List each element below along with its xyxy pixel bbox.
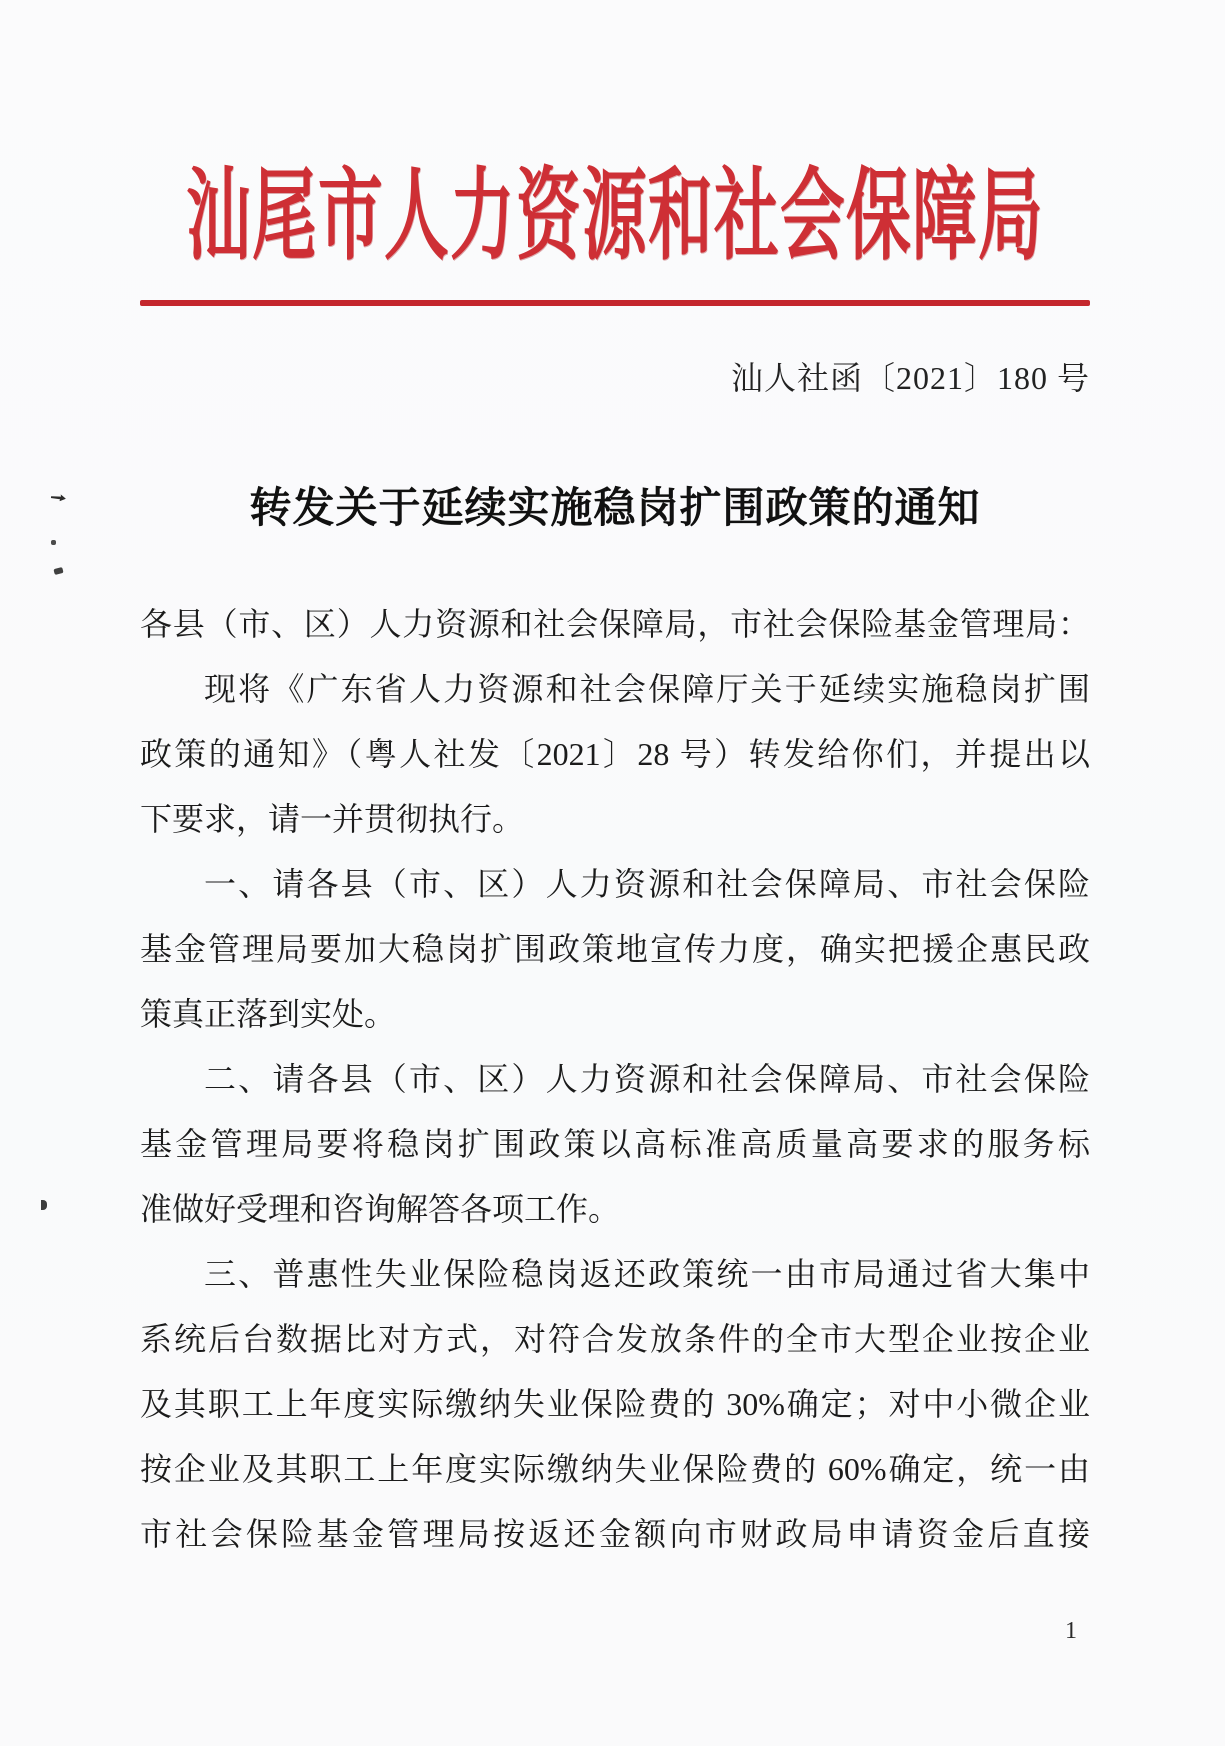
document-title: 转发关于延续实施稳岗扩围政策的通知: [140, 484, 1090, 534]
body-line-salutation: 各县（市、区）人力资源和社会保障局，市社会保险基金管理局：: [140, 592, 1090, 657]
letterhead: 汕尾市人力资源和社会保障局: [140, 150, 1090, 265]
body-line: 市社会保险基金管理局按返还金额向市财政局申请资金后直接: [140, 1502, 1090, 1567]
body-line: 一、请各县（市、区）人力资源和社会保障局、市社会保险: [140, 852, 1090, 917]
body-line: 三、普惠性失业保险稳岗返还政策统一由市局通过省大集中: [140, 1242, 1090, 1307]
body-line: 及其职工上年度实际缴纳失业保险费的 30%确定；对中小微企业: [140, 1372, 1090, 1437]
agency-name: 汕尾市人力资源和社会保障局: [186, 136, 1044, 280]
document-content: 汕尾市人力资源和社会保障局 汕人社函〔2021〕180 号 转发关于延续实施稳岗…: [0, 150, 1225, 1567]
body-line: 现将《广东省人力资源和社会保障厅关于延续实施稳岗扩围: [140, 657, 1090, 722]
body-line: 政策的通知》（粤人社发〔2021〕28 号）转发给你们，并提出以: [140, 722, 1090, 787]
scan-artifact: [51, 540, 56, 545]
body-line: 基金管理局要将稳岗扩围政策以高标准高质量高要求的服务标: [140, 1112, 1090, 1177]
body-line: 二、请各县（市、区）人力资源和社会保障局、市社会保险: [140, 1047, 1090, 1112]
scan-artifact: [41, 1200, 47, 1210]
document-body: 各县（市、区）人力资源和社会保障局，市社会保险基金管理局： 现将《广东省人力资源…: [140, 592, 1090, 1567]
letterhead-rule: [140, 300, 1090, 306]
body-line: 按企业及其职工上年度实际缴纳失业保险费的 60%确定，统一由: [140, 1437, 1090, 1502]
body-line: 准做好受理和咨询解答各项工作。: [140, 1177, 1090, 1242]
page-number: 1: [1065, 1618, 1077, 1645]
body-line: 策真正落到实处。: [140, 982, 1090, 1047]
body-line: 系统后台数据比对方式，对符合发放条件的全市大型企业按企业: [140, 1307, 1090, 1372]
body-line: 下要求，请一并贯彻执行。: [140, 787, 1090, 852]
body-line: 基金管理局要加大稳岗扩围政策地宣传力度，确实把援企惠民政: [140, 917, 1090, 982]
scanned-document-page: 汕尾市人力资源和社会保障局 汕人社函〔2021〕180 号 转发关于延续实施稳岗…: [0, 0, 1225, 1746]
document-number: 汕人社函〔2021〕180 号: [140, 356, 1090, 400]
